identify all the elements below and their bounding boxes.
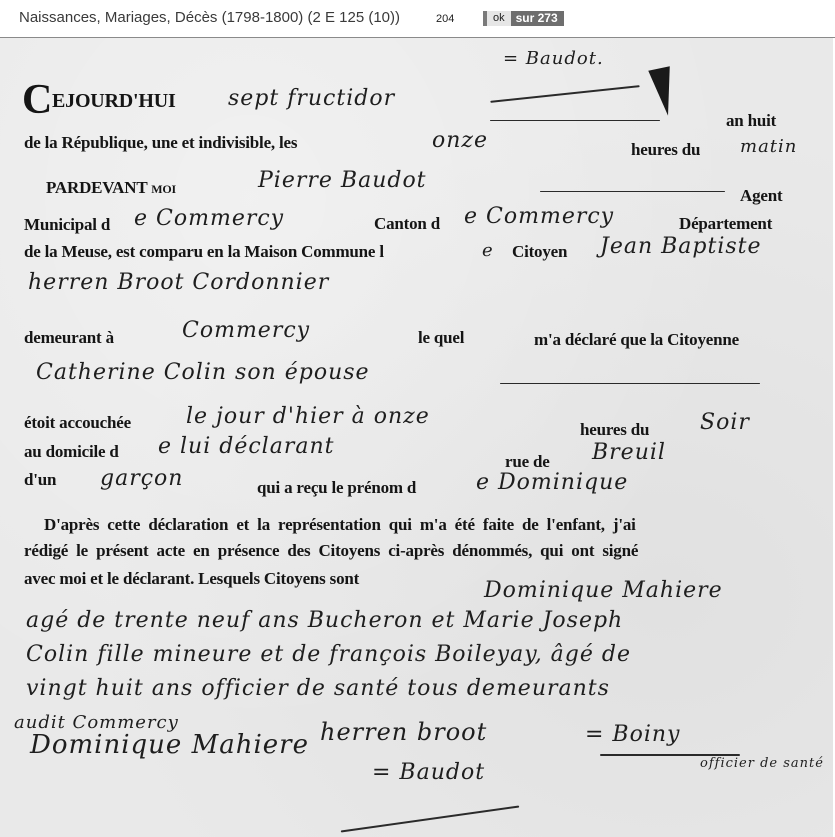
hand-date: sept fructidor: [228, 86, 395, 111]
print-pardevant: PARDEVANT moi: [46, 178, 176, 198]
print-heures-du-2: heures du: [580, 420, 649, 440]
hand-agent-name: Pierre Baudot: [258, 168, 427, 193]
blank-line: [490, 120, 660, 121]
print-accouchee: étoit accouchée: [24, 413, 131, 433]
drop-cap: C: [22, 76, 52, 124]
hand-witness-2: Colin fille mineure et de françois Boile…: [26, 642, 631, 667]
print-apres-declaration: D'après cette déclaration et la représen…: [44, 515, 636, 535]
hand-commune: e Commercy: [134, 206, 284, 231]
flourish-line: [490, 85, 639, 103]
print-meuse: de la Meuse, est comparu en la Maison Co…: [24, 242, 384, 262]
print-agent: Agent: [740, 186, 782, 206]
signature-witness-1: Dominique Mahiere: [30, 730, 309, 760]
document-image-viewer[interactable]: = Baudot. C EJOURD'HUI sept fructidor an…: [0, 38, 833, 837]
print-canton: Canton d: [374, 214, 440, 234]
hand-soir: Soir: [700, 410, 750, 435]
hand-hour: onze: [432, 128, 488, 153]
print-redige: rédigé le présent acte en présence des C…: [24, 541, 638, 561]
hand-matin: matin: [740, 136, 797, 157]
hand-declarant-firstname: Jean Baptiste: [600, 234, 762, 259]
print-avec-moi: avec moi et le déclarant. Lesquels Citoy…: [24, 569, 359, 589]
print-cejourdhui: EJOURD'HUI: [52, 90, 176, 113]
hand-canton: e Commercy: [464, 204, 614, 229]
hand-sex: garçon: [100, 466, 183, 491]
page-navigation: ok sur 273: [483, 11, 564, 26]
hand-residence: Commercy: [182, 318, 310, 343]
hand-witness-1: Dominique Mahiere: [484, 578, 723, 603]
signature-agent-flourish: [341, 805, 520, 832]
blank-line: [540, 191, 725, 192]
page-total: sur 273: [511, 11, 564, 26]
print-republique: de la République, une et indivisible, le…: [24, 133, 297, 153]
page-number-input[interactable]: [436, 11, 476, 27]
header-signature: = Baudot.: [503, 48, 604, 69]
print-heures-du: heures du: [631, 140, 700, 160]
hand-domicile: e lui déclarant: [158, 434, 334, 459]
hand-mother-name: Catherine Colin son épouse: [36, 360, 370, 385]
signature-title: officier de santé: [700, 756, 824, 771]
blank-line: [500, 383, 760, 384]
hand-witness-2-details: vingt huit ans officier de santé tous de…: [26, 676, 610, 701]
register-title: Naissances, Mariages, Décès (1798-1800) …: [19, 9, 400, 26]
print-an-huit: an huit: [726, 111, 776, 131]
print-rue-de: rue de: [505, 452, 550, 472]
viewer-toolbar: Naissances, Mariages, Décès (1798-1800) …: [0, 0, 835, 38]
print-dun: d'un: [24, 470, 56, 490]
print-citoyen: Citoyen: [512, 242, 567, 262]
hand-declarant-name: herren Broot Cordonnier: [28, 270, 329, 295]
hand-child-name: e Dominique: [476, 470, 628, 495]
print-domicile: au domicile d: [24, 442, 119, 462]
print-demeurant: demeurant à: [24, 328, 114, 348]
print-departement: Département: [679, 214, 772, 234]
hand-street: Breuil: [592, 440, 666, 465]
signature-witness-2: = Boiny: [585, 722, 680, 747]
print-lequel: le quel: [418, 328, 464, 348]
go-to-page-button[interactable]: ok: [487, 11, 511, 26]
signature-agent: = Baudot: [372, 760, 485, 785]
print-declare: m'a déclaré que la Citoyenne: [534, 330, 739, 350]
hand-e: e: [482, 240, 494, 261]
print-prenom: qui a reçu le prénom d: [257, 478, 416, 498]
hand-witness-1-details: agé de trente neuf ans Bucheron et Marie…: [26, 608, 623, 633]
print-municipal: Municipal d: [24, 215, 110, 235]
hand-birth-time: le jour d'hier à onze: [186, 404, 430, 429]
signature-declarant: herren broot: [320, 718, 487, 746]
ink-blot: [648, 66, 679, 118]
